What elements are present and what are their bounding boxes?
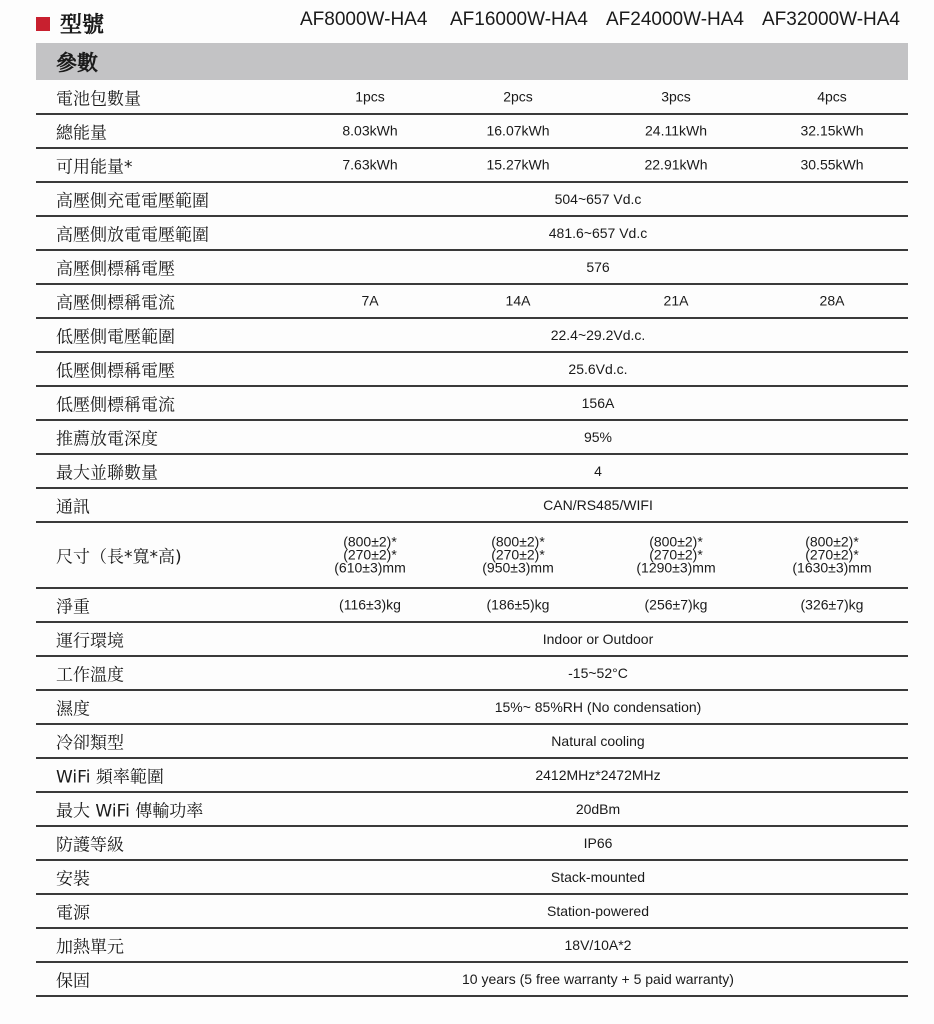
spec-row: 低壓側電壓範圍22.4~29.2Vd.c. (36, 319, 908, 353)
spec-value: 20dBm (576, 801, 620, 817)
spec-row: 濕度15%~ 85%RH (No condensation) (36, 691, 908, 725)
spec-value: 22.4~29.2Vd.c. (551, 327, 646, 343)
spec-row: 防護等級IP66 (36, 827, 908, 861)
spec-value: Natural cooling (551, 733, 644, 749)
spec-value: Station-powered (547, 903, 649, 919)
spec-value: Stack-mounted (551, 869, 645, 885)
spec-row: 通訊CAN/RS485/WIFI (36, 489, 908, 523)
spec-row: 推薦放電深度95% (36, 421, 908, 455)
spec-label: 工作溫度 (56, 661, 124, 686)
spec-row: 最大 WiFi 傳輸功率20dBm (36, 793, 908, 827)
spec-row: 安裝Stack-mounted (36, 861, 908, 895)
spec-row: 最大並聯數量4 (36, 455, 908, 489)
spec-label: 防護等級 (56, 831, 124, 856)
spec-value: 28A (820, 295, 845, 308)
spec-row: 低壓側標稱電壓25.6Vd.c. (36, 353, 908, 387)
spec-value: 2pcs (503, 90, 533, 103)
spec-value: (800±2)* (270±2)* (950±3)mm (482, 536, 553, 575)
spec-row: 電源Station-powered (36, 895, 908, 929)
spec-value: 576 (586, 259, 609, 275)
spec-row: 高壓側充電電壓範圍504~657 Vd.c (36, 183, 908, 217)
spec-label: 冷卻類型 (56, 729, 124, 754)
spec-row: 加熱單元18V/10A*2 (36, 929, 908, 963)
spec-value: 481.6~657 Vd.c (549, 225, 647, 241)
spec-table: 電池包數量1pcs2pcs3pcs4pcs總能量8.03kWh16.07kWh2… (36, 80, 908, 997)
section-title: 參數 (56, 47, 98, 77)
spec-value: IP66 (584, 835, 613, 851)
spec-value: 10 years (5 free warranty + 5 paid warra… (462, 971, 734, 987)
spec-value: -15~52°C (568, 665, 628, 681)
spec-row: 尺寸（長*寬*高)(800±2)* (270±2)* (610±3)mm(800… (36, 523, 908, 589)
spec-label: 運行環境 (56, 627, 124, 652)
red-square-icon (36, 17, 50, 31)
spec-value: 7.63kWh (342, 159, 397, 172)
spec-label: 電源 (56, 899, 90, 924)
spec-label: 低壓側標稱電壓 (56, 357, 175, 382)
spec-value: (800±2)* (270±2)* (610±3)mm (334, 536, 405, 575)
spec-value: (800±2)* (270±2)* (1290±3)mm (636, 536, 715, 575)
spec-row: 保固10 years (5 free warranty + 5 paid war… (36, 963, 908, 997)
spec-value: 30.55kWh (800, 159, 863, 172)
spec-row: 電池包數量1pcs2pcs3pcs4pcs (36, 80, 908, 115)
spec-label: 高壓側標稱電壓 (56, 255, 175, 280)
spec-value: 1pcs (355, 90, 385, 103)
spec-label: 高壓側放電電壓範圍 (56, 221, 209, 246)
spec-value: 25.6Vd.c. (568, 361, 627, 377)
spec-label: 濕度 (56, 695, 90, 720)
spec-label: WiFi 頻率範圍 (56, 763, 164, 788)
spec-label: 電池包數量 (56, 84, 141, 109)
spec-row: 高壓側標稱電壓576 (36, 251, 908, 285)
spec-label: 最大 WiFi 傳輸功率 (56, 797, 203, 822)
spec-value: 156A (582, 395, 615, 411)
spec-value: (116±3)kg (339, 599, 401, 612)
spec-value: (326±7)kg (801, 599, 864, 612)
spec-value: 504~657 Vd.c (555, 191, 642, 207)
spec-value: (800±2)* (270±2)* (1630±3)mm (792, 536, 871, 575)
spec-label: 安裝 (56, 865, 90, 890)
spec-value: 16.07kWh (486, 125, 549, 138)
spec-label: 推薦放電深度 (56, 425, 158, 450)
spec-value: 14A (506, 295, 531, 308)
spec-label: 可用能量* (56, 153, 133, 178)
spec-label: 保固 (56, 967, 90, 992)
spec-value: 3pcs (661, 90, 691, 103)
spec-label: 高壓側充電電壓範圍 (56, 187, 209, 212)
spec-label: 尺寸（長*寬*高) (56, 543, 182, 568)
spec-row: 低壓側標稱電流156A (36, 387, 908, 421)
spec-value: 21A (664, 295, 689, 308)
spec-row: 運行環境Indoor or Outdoor (36, 623, 908, 657)
spec-value: 7A (361, 295, 378, 308)
spec-value: 32.15kWh (800, 125, 863, 138)
spec-value: CAN/RS485/WIFI (543, 497, 653, 513)
spec-value: 22.91kWh (644, 159, 707, 172)
model-name: AF16000W-HA4 (450, 9, 588, 31)
spec-label: 高壓側標稱電流 (56, 289, 175, 314)
spec-value: 18V/10A*2 (565, 937, 632, 953)
spec-row: 高壓側放電電壓範圍481.6~657 Vd.c (36, 217, 908, 251)
parameters-section-header: 參數 (36, 43, 908, 80)
spec-value: (186±5)kg (487, 599, 550, 612)
spec-value: 4pcs (817, 90, 847, 103)
spec-value: 95% (584, 429, 612, 445)
spec-value: Indoor or Outdoor (543, 631, 654, 647)
spec-value: 4 (594, 463, 602, 479)
spec-value: 24.11kWh (645, 125, 707, 138)
spec-label: 淨重 (56, 593, 90, 618)
spec-label: 總能量 (56, 119, 107, 144)
spec-row: 冷卻類型Natural cooling (36, 725, 908, 759)
model-name: AF32000W-HA4 (762, 9, 900, 31)
spec-label: 最大並聯數量 (56, 459, 158, 484)
spec-value: 15%~ 85%RH (No condensation) (495, 699, 702, 715)
spec-row: 總能量8.03kWh16.07kWh24.11kWh32.15kWh (36, 115, 908, 149)
spec-label: 低壓側電壓範圍 (56, 323, 175, 348)
spec-row: 高壓側標稱電流7A14A21A28A (36, 285, 908, 319)
spec-row: 可用能量*7.63kWh15.27kWh22.91kWh30.55kWh (36, 149, 908, 183)
model-name: AF24000W-HA4 (606, 9, 744, 31)
spec-label: 通訊 (56, 493, 90, 518)
spec-value: 2412MHz*2472MHz (535, 767, 660, 783)
spec-row: 工作溫度-15~52°C (36, 657, 908, 691)
spec-label: 低壓側標稱電流 (56, 391, 175, 416)
spec-value: (256±7)kg (645, 599, 708, 612)
spec-label: 加熱單元 (56, 933, 124, 958)
spec-value: 15.27kWh (486, 159, 549, 172)
spec-value: 8.03kWh (342, 125, 397, 138)
model-label: 型號 (60, 8, 310, 39)
spec-row: WiFi 頻率範圍2412MHz*2472MHz (36, 759, 908, 793)
spec-row: 淨重(116±3)kg(186±5)kg(256±7)kg(326±7)kg (36, 589, 908, 623)
model-name: AF8000W-HA4 (300, 9, 427, 31)
